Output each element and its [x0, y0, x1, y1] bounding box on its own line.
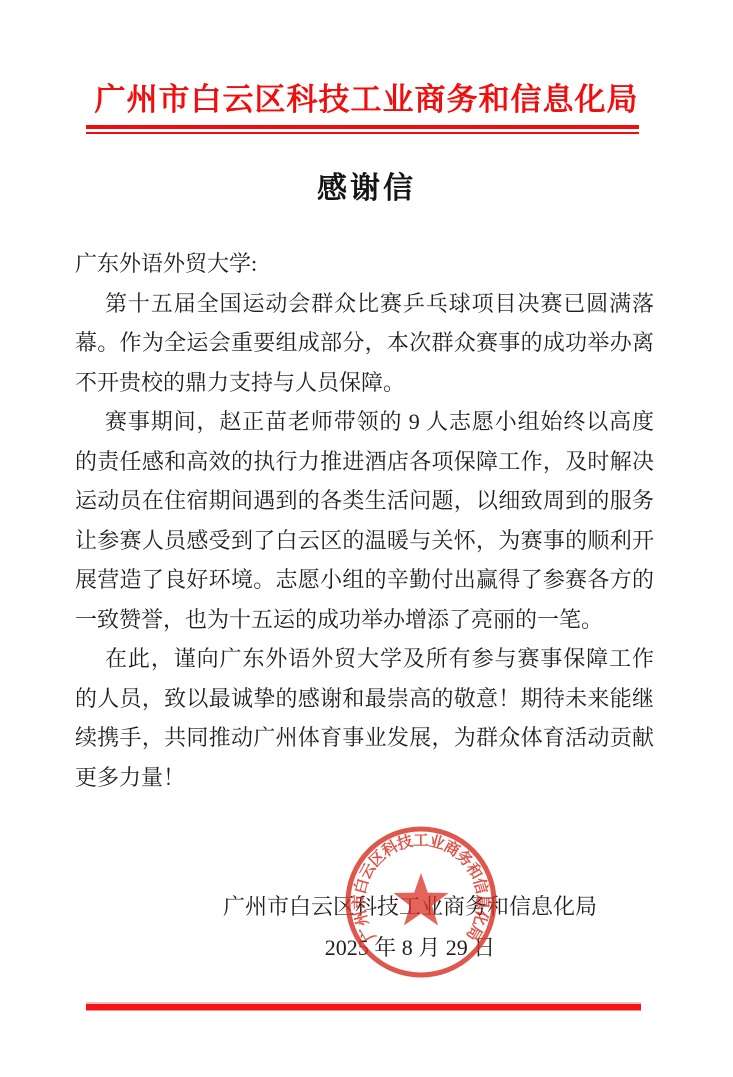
header-double-rule [86, 125, 639, 134]
official-seal: 广州市白云区科技工业商务和信息化局 [343, 824, 499, 980]
letter-page: 广州市白云区科技工业商务和信息化局 感谢信 广东外语外贸大学: 第十五届全国运动… [0, 0, 733, 1077]
seal-star-icon [393, 873, 448, 925]
body-paragraph: 赛事期间，赵正苗老师带领的 9 人志愿小组始终以高度的责任感和高效的执行力推进酒… [75, 402, 654, 639]
agency-header-title: 广州市白云区科技工业商务和信息化局 [0, 74, 733, 119]
body-paragraph: 第十五届全国运动会群众比赛乒乓球项目决赛已圆满落幕。作为全运会重要组成部分，本次… [75, 284, 654, 403]
salutation: 广东外语外贸大学: [75, 244, 654, 284]
footer-rule [86, 1002, 641, 1011]
letter-title: 感谢信 [0, 163, 733, 207]
letter-body: 广东外语外贸大学: 第十五届全国运动会群众比赛乒乓球项目决赛已圆满落幕。作为全运… [75, 244, 654, 797]
body-paragraph: 在此，谨向广东外语外贸大学及所有参与赛事保障工作的人员，致以最诚挚的感谢和最崇高… [75, 639, 654, 797]
